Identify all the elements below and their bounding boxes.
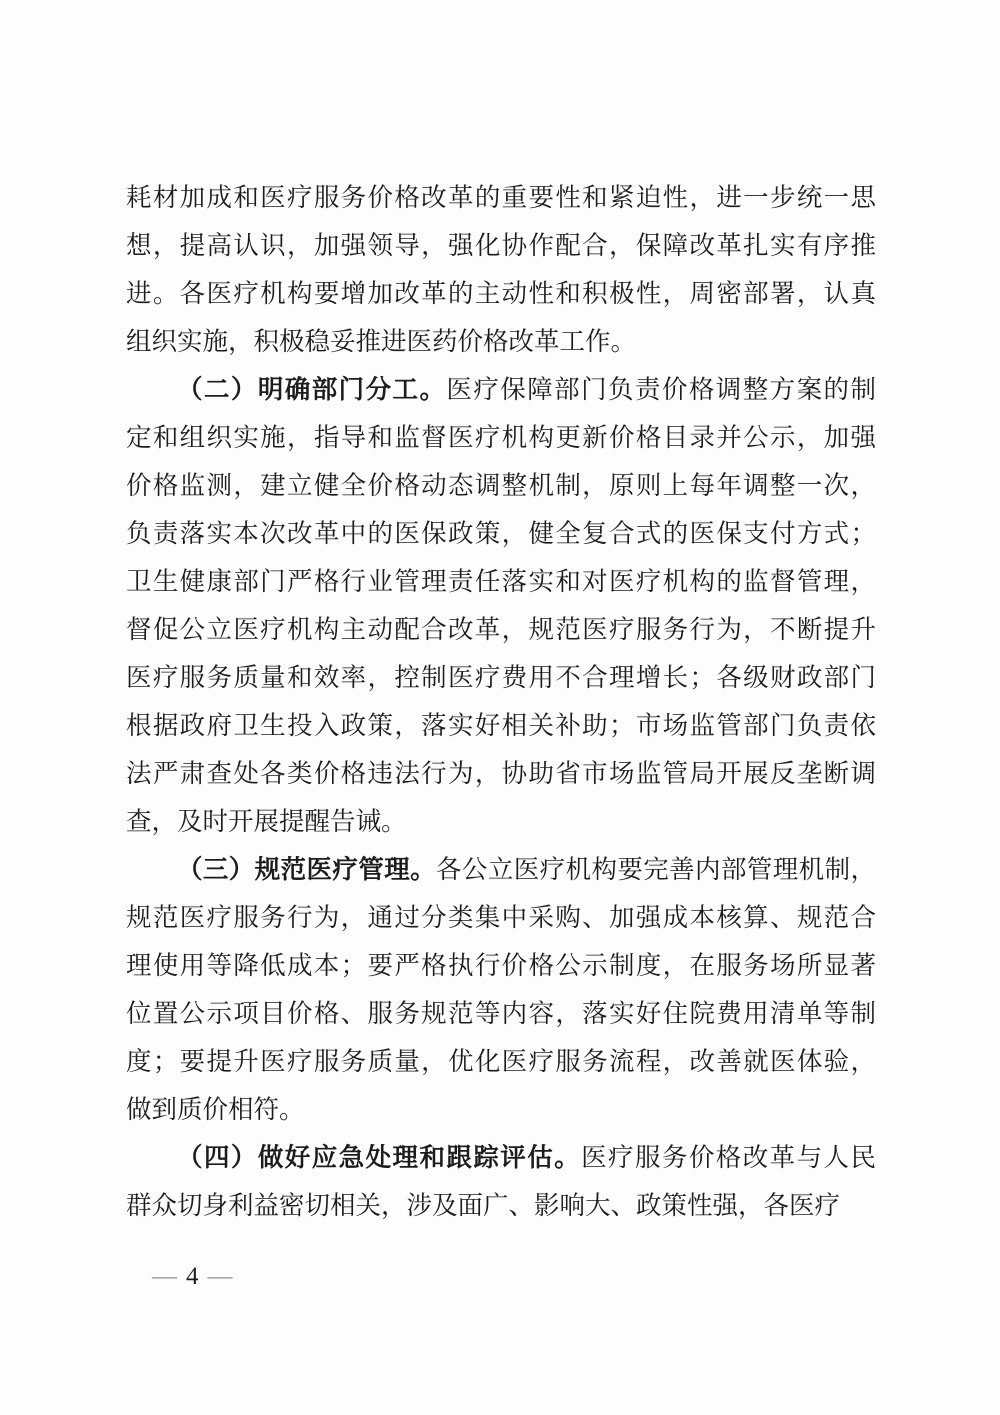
subheading-text: （三）规范医疗管理。 — [177, 855, 436, 884]
text-line: 负责落实本次改革中的医保政策，健全复合式的医保支付方式； — [126, 510, 876, 558]
body-text: 进。各医疗机构要增加改革的主动性和积极性，周密部署，认真 — [126, 279, 876, 308]
text-line: （四）做好应急处理和跟踪评估。医疗服务价格改革与人民 — [126, 1134, 876, 1182]
text-line: 根据政府卫生投入政策，落实好相关补助；市场监管部门负责依 — [126, 702, 876, 750]
body-text: 各公立医疗机构要完善内部管理机制， — [436, 855, 876, 884]
text-line: 卫生健康部门严格行业管理责任落实和对医疗机构的监督管理， — [126, 558, 876, 606]
paragraph: 耗材加成和医疗服务价格改革的重要性和紧迫性，进一步统一思想，提高认识，加强领导，… — [126, 174, 876, 366]
text-line: 查，及时开展提醒告诫。 — [126, 798, 876, 846]
text-line: 医疗服务质量和效率，控制医疗费用不合理增长；各级财政部门 — [126, 654, 876, 702]
text-line: 想，提高认识，加强领导，强化协作配合，保障改革扎实有序推 — [126, 222, 876, 270]
body-text: 位置公示项目价格、服务规范等内容，落实好住院费用清单等制 — [126, 999, 876, 1028]
body-text: 督促公立医疗机构主动配合改革，规范医疗服务行为，不断提升 — [126, 615, 876, 644]
body-text: 组织实施，积极稳妥推进医药价格改革工作。 — [126, 327, 636, 356]
text-line: 法严肃查处各类价格违法行为，协助省市场监管局开展反垄断调 — [126, 750, 876, 798]
text-line: 度；要提升医疗服务质量，优化医疗服务流程，改善就医体验， — [126, 1038, 876, 1086]
text-line: 定和组织实施，指导和监督医疗机构更新价格目录并公示，加强 — [126, 414, 876, 462]
text-line: （三）规范医疗管理。各公立医疗机构要完善内部管理机制， — [126, 846, 876, 894]
body-text: 查，及时开展提醒告诫。 — [126, 807, 407, 836]
text-line: 价格监测，建立健全价格动态调整机制，原则上每年调整一次， — [126, 462, 876, 510]
body-text: 耗材加成和医疗服务价格改革的重要性和紧迫性，进一步统一思 — [126, 183, 876, 212]
body-text: 卫生健康部门严格行业管理责任落实和对医疗机构的监督管理， — [126, 567, 876, 596]
body-text: 做到质价相符。 — [126, 1095, 305, 1124]
body-text: 医疗服务价格改革与人民 — [581, 1143, 876, 1172]
text-line: 规范医疗服务行为，通过分类集中采购、加强成本核算、规范合 — [126, 894, 876, 942]
text-line: 督促公立医疗机构主动配合改革，规范医疗服务行为，不断提升 — [126, 606, 876, 654]
body-text: 理使用等降低成本；要严格执行价格公示制度，在服务场所显著 — [126, 951, 876, 980]
text-line: 理使用等降低成本；要严格执行价格公示制度，在服务场所显著 — [126, 942, 876, 990]
text-line: （二）明确部门分工。医疗保障部门负责价格调整方案的制 — [126, 366, 876, 414]
text-line: 做到质价相符。 — [126, 1086, 876, 1134]
body-text: 规范医疗服务行为，通过分类集中采购、加强成本核算、规范合 — [126, 903, 876, 932]
text-line: 耗材加成和医疗服务价格改革的重要性和紧迫性，进一步统一思 — [126, 174, 876, 222]
body-text: 度；要提升医疗服务质量，优化医疗服务流程，改善就医体验， — [126, 1047, 876, 1076]
body-text: 想，提高认识，加强领导，强化协作配合，保障改革扎实有序推 — [126, 231, 876, 260]
body-text: 群众切身利益密切相关，涉及面广、影响大、政策性强，各医疗 — [126, 1191, 840, 1220]
paragraph: （四）做好应急处理和跟踪评估。医疗服务价格改革与人民群众切身利益密切相关，涉及面… — [126, 1134, 876, 1230]
body-text: 根据政府卫生投入政策，落实好相关补助；市场监管部门负责依 — [126, 711, 876, 740]
body-text: 法严肃查处各类价格违法行为，协助省市场监管局开展反垄断调 — [126, 759, 876, 788]
document-page: 耗材加成和医疗服务价格改革的重要性和紧迫性，进一步统一思想，提高认识，加强领导，… — [0, 0, 1000, 1415]
body-text: 定和组织实施，指导和监督医疗机构更新价格目录并公示，加强 — [126, 423, 876, 452]
text-line: 位置公示项目价格、服务规范等内容，落实好住院费用清单等制 — [126, 990, 876, 1038]
paragraph: （三）规范医疗管理。各公立医疗机构要完善内部管理机制，规范医疗服务行为，通过分类… — [126, 846, 876, 1134]
subheading-text: （二）明确部门分工。 — [177, 375, 446, 404]
document-body: 耗材加成和医疗服务价格改革的重要性和紧迫性，进一步统一思想，提高认识，加强领导，… — [126, 174, 876, 1230]
page-footer: —4— — [143, 1260, 242, 1294]
text-line: 组织实施，积极稳妥推进医药价格改革工作。 — [126, 318, 876, 366]
body-text: 医疗保障部门负责价格调整方案的制 — [446, 375, 876, 404]
footer-left-dash: — — [143, 1263, 186, 1290]
footer-right-dash: — — [199, 1263, 242, 1290]
body-text: 医疗服务质量和效率，控制医疗费用不合理增长；各级财政部门 — [126, 663, 876, 692]
body-text: 价格监测，建立健全价格动态调整机制，原则上每年调整一次， — [126, 471, 876, 500]
paragraph: （二）明确部门分工。医疗保障部门负责价格调整方案的制定和组织实施，指导和监督医疗… — [126, 366, 876, 846]
text-line: 群众切身利益密切相关，涉及面广、影响大、政策性强，各医疗 — [126, 1182, 876, 1230]
subheading-text: （四）做好应急处理和跟踪评估。 — [177, 1143, 581, 1172]
page-number: 4 — [186, 1263, 199, 1290]
text-line: 进。各医疗机构要增加改革的主动性和积极性，周密部署，认真 — [126, 270, 876, 318]
body-text: 负责落实本次改革中的医保政策，健全复合式的医保支付方式； — [126, 519, 876, 548]
